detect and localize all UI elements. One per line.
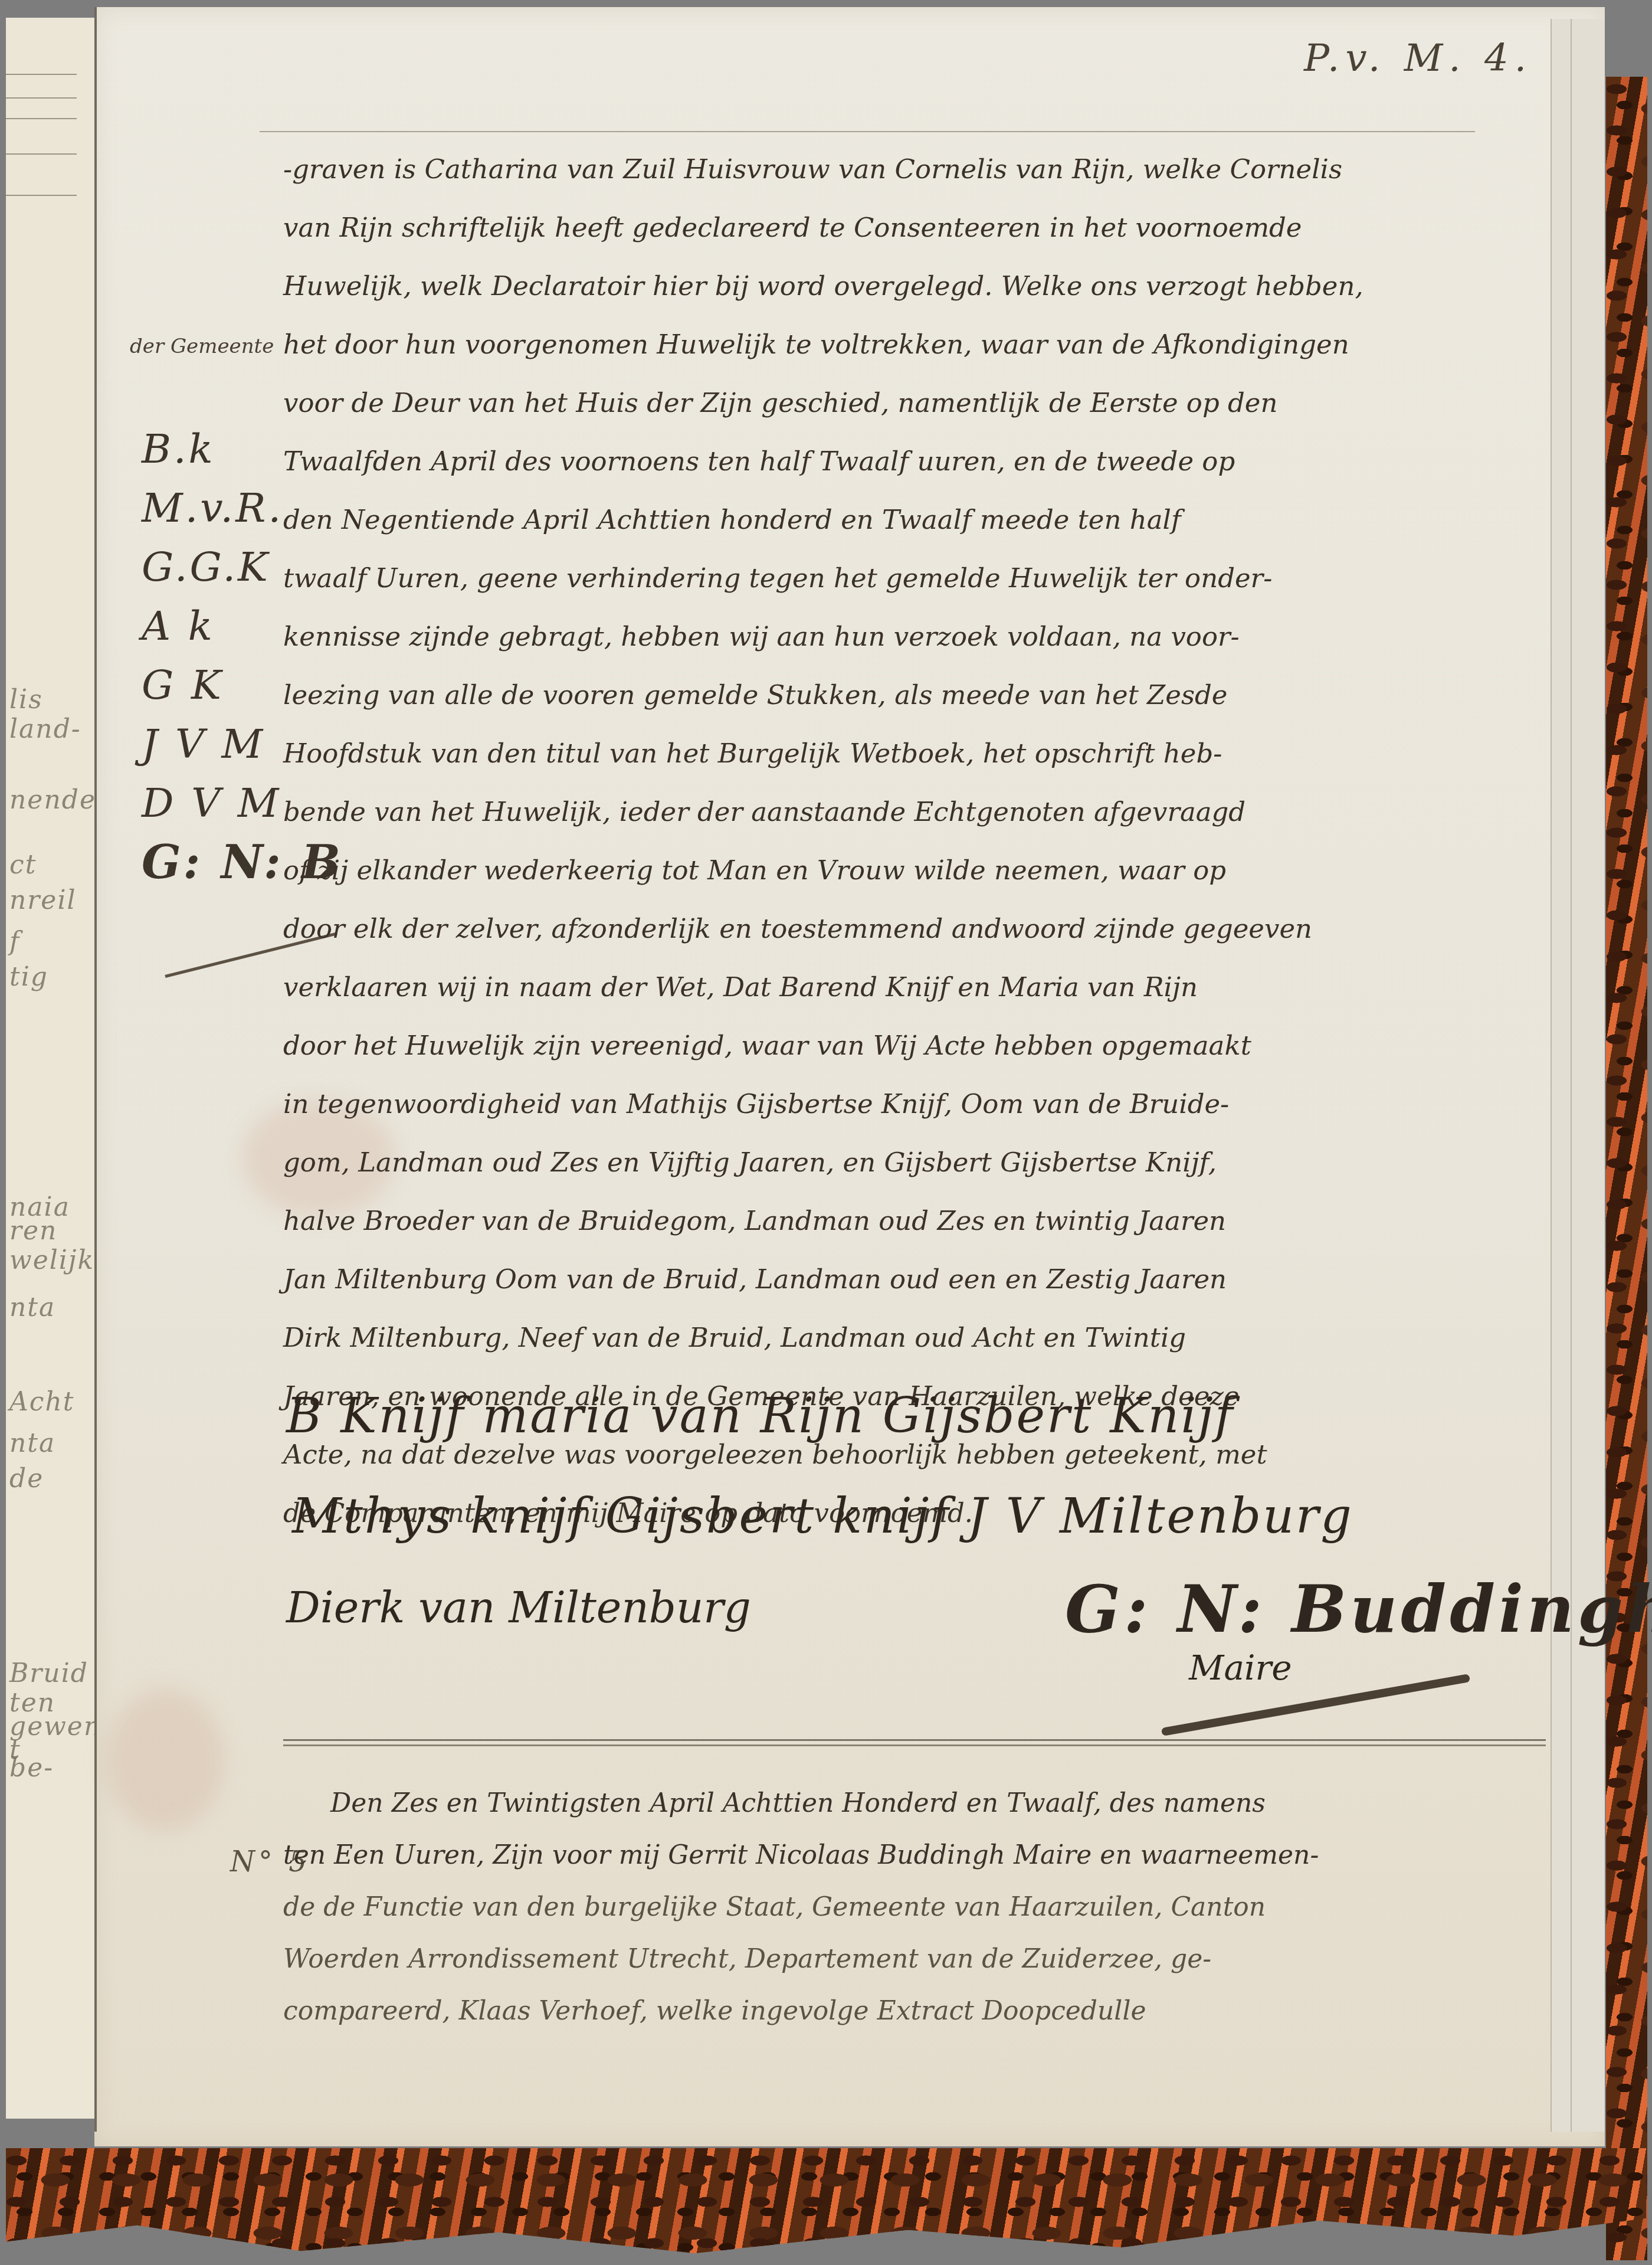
text-line: het door hun voorgenomen Huwelijk te vol… (283, 315, 1569, 374)
signature-row: Dierk van Miltenburg (286, 1583, 751, 1632)
left-fragment: f (9, 927, 20, 957)
register-page: P.v. M. 4. der Gemeente B.k M.v.R. G.G.K… (94, 7, 1605, 2146)
initials-entry: A k (142, 597, 260, 656)
left-fragment: lis (9, 685, 43, 715)
text-line: in tegenwoordigheid van Mathijs Gijsbert… (283, 1075, 1569, 1133)
margin-initials: B.k M.v.R. G.G.K A k G K J V M D V M G: … (142, 420, 260, 892)
text-line: Twaalfden April des voornoens ten half T… (283, 432, 1569, 490)
margin-note: der Gemeente (130, 335, 274, 358)
text-line: leezing van alle de vooren gemelde Stukk… (283, 666, 1569, 724)
mayor-signature: G: N: Buddingh (1065, 1571, 1652, 1647)
left-fragment: Acht (9, 1387, 74, 1417)
left-fragment: land- (9, 714, 81, 744)
entry-separator-rule (283, 1739, 1546, 1746)
text-line: van Rijn schriftelijk heeft gedeclareerd… (283, 198, 1569, 257)
initials-entry: G: N: B (142, 833, 260, 892)
left-fragment: de (9, 1464, 44, 1494)
initials-entry: D V M (142, 774, 260, 833)
text-line: -graven is Catharina van Zuil Huisvrouw … (283, 140, 1569, 198)
header-rule (260, 131, 1475, 132)
left-fragment: nta (9, 1428, 55, 1458)
entry-1-text: -graven is Catharina van Zuil Huisvrouw … (283, 140, 1569, 1542)
signature-row: B Knijf maria van Rijn Gijsbert Knijf (286, 1388, 1234, 1444)
text-line: of zij elkander wederkeerig tot Man en V… (283, 841, 1569, 899)
initials-entry: J V M (142, 715, 260, 774)
initials-entry: G K (142, 656, 260, 715)
text-line: Huwelijk, welk Declaratoir hier bij word… (283, 257, 1569, 315)
text-line: Hoofdstuk van den titul van het Burgelij… (283, 724, 1569, 783)
text-line: Jan Miltenburg Oom van de Bruid, Landman… (283, 1250, 1569, 1308)
text-line: gom, Landman oud Zes en Vijftig Jaaren, … (283, 1133, 1569, 1192)
text-line: compareerd, Klaas Verhoef, welke ingevol… (283, 1985, 1569, 2037)
text-line: twaalf Uuren, geene verhindering tegen h… (283, 549, 1569, 607)
text-line: Woerden Arrondissement Utrecht, Departem… (283, 1933, 1569, 1985)
text-line: bende van het Huwelijk, ieder der aansta… (283, 783, 1569, 841)
left-fragment: nende (9, 785, 96, 815)
folio-mark: P.v. M. 4. (1304, 37, 1532, 80)
text-line: kennisse zijnde gebragt, hebben wij aan … (283, 607, 1569, 666)
marbled-cover-right (1606, 77, 1647, 2260)
text-line: door het Huwelijk zijn vereenigd, waar v… (283, 1016, 1569, 1075)
left-fragment: tig (9, 962, 48, 992)
left-fragment: nta (9, 1292, 55, 1323)
left-fragment: nreil (9, 885, 77, 915)
left-fragment: ct (9, 850, 37, 880)
initials-entry: G.G.K (142, 538, 260, 597)
text-line: Dirk Miltenburg, Neef van de Bruid, Land… (283, 1308, 1569, 1367)
binding-fold-line (94, 7, 97, 2132)
left-fragment: gewen (9, 1711, 101, 1742)
entry-2-text: Den Zes en Twintigsten April Achttien Ho… (283, 1778, 1569, 2037)
text-line: de de Functie van den burgelijke Staat, … (283, 1881, 1569, 1933)
left-page-fragment: lis land- nende ct nreil f tig naia ren … (6, 18, 96, 2119)
left-fragment: ren (9, 1216, 57, 1246)
left-fragment: be- (9, 1753, 54, 1783)
initials-entry: M.v.R. (142, 479, 260, 538)
text-line: door elk der zelver, afzonderlijk en toe… (283, 899, 1569, 958)
water-stain (106, 1689, 224, 1831)
left-fragment: welijk (9, 1245, 94, 1275)
marbled-cover-bottom (6, 2148, 1646, 2265)
text-line: voor de Deur van het Huis der Zijn gesch… (283, 374, 1569, 432)
text-line: den Negentiende April Achttien honderd e… (283, 490, 1569, 549)
mayor-title: Maire (1189, 1648, 1292, 1688)
text-line: halve Broeder van de Bruidegom, Landman … (283, 1192, 1569, 1250)
text-line: verklaaren wij in naam der Wet, Dat Bare… (283, 958, 1569, 1016)
text-line: ten Een Uuren, Zijn voor mij Gerrit Nico… (283, 1829, 1569, 1881)
signature-row: Mthys knijf Gijsbert knijf J V Miltenbur… (292, 1488, 1353, 1544)
initials-entry: B.k (142, 420, 260, 479)
left-fragment: Bruid (9, 1658, 88, 1688)
text-line: Den Zes en Twintigsten April Achttien Ho… (283, 1778, 1569, 1829)
